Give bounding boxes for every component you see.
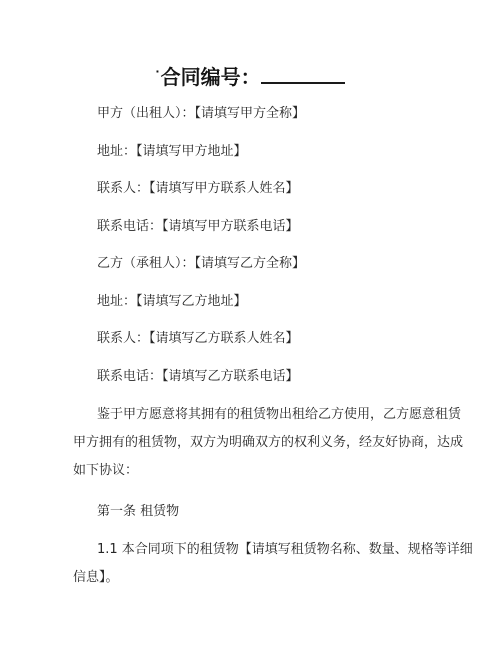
contract-number-label: 合同编号： [161, 65, 261, 89]
preamble-line-3: 如下协议： [73, 464, 138, 478]
preamble-line-2: 甲方拥有的租赁物，双方为明确双方的权利义务，经友好协商，达成 [73, 436, 463, 450]
document-title: ·合同编号： [0, 60, 500, 89]
contract-document-page: ·合同编号： 甲方（出租人）：【请填写甲方全称】 地址：【请填写甲方地址】 联系… [0, 0, 500, 647]
party-b-name-line: 乙方（承租人）：【请填写乙方全称】 [97, 257, 305, 271]
party-b-phone-line: 联系电话：【请填写乙方联系电话】 [97, 370, 299, 384]
section-1-heading: 第一条 租赁物 [97, 505, 179, 519]
clause-1-1-line-2: 信息】。 [73, 571, 119, 585]
contract-number-blank [261, 64, 345, 84]
party-a-phone-line: 联系电话：【请填写甲方联系电话】 [97, 220, 299, 234]
party-b-contact-line: 联系人：【请填写乙方联系人姓名】 [97, 332, 299, 346]
party-a-address-line: 地址：【请填写甲方地址】 [97, 145, 247, 159]
title-dot-mark: · [155, 65, 159, 78]
party-a-contact-line: 联系人：【请填写甲方联系人姓名】 [97, 182, 299, 196]
party-a-name-line: 甲方（出租人）：【请填写甲方全称】 [97, 107, 305, 121]
preamble-line-1: 鉴于甲方愿意将其拥有的租赁物出租给乙方使用，乙方愿意租赁 [97, 408, 461, 422]
party-b-address-line: 地址：【请填写乙方地址】 [97, 295, 247, 309]
clause-1-1-line-1: 1.1 本合同项下的租赁物【请填写租赁物名称、数量、规格等详细 [97, 543, 473, 557]
